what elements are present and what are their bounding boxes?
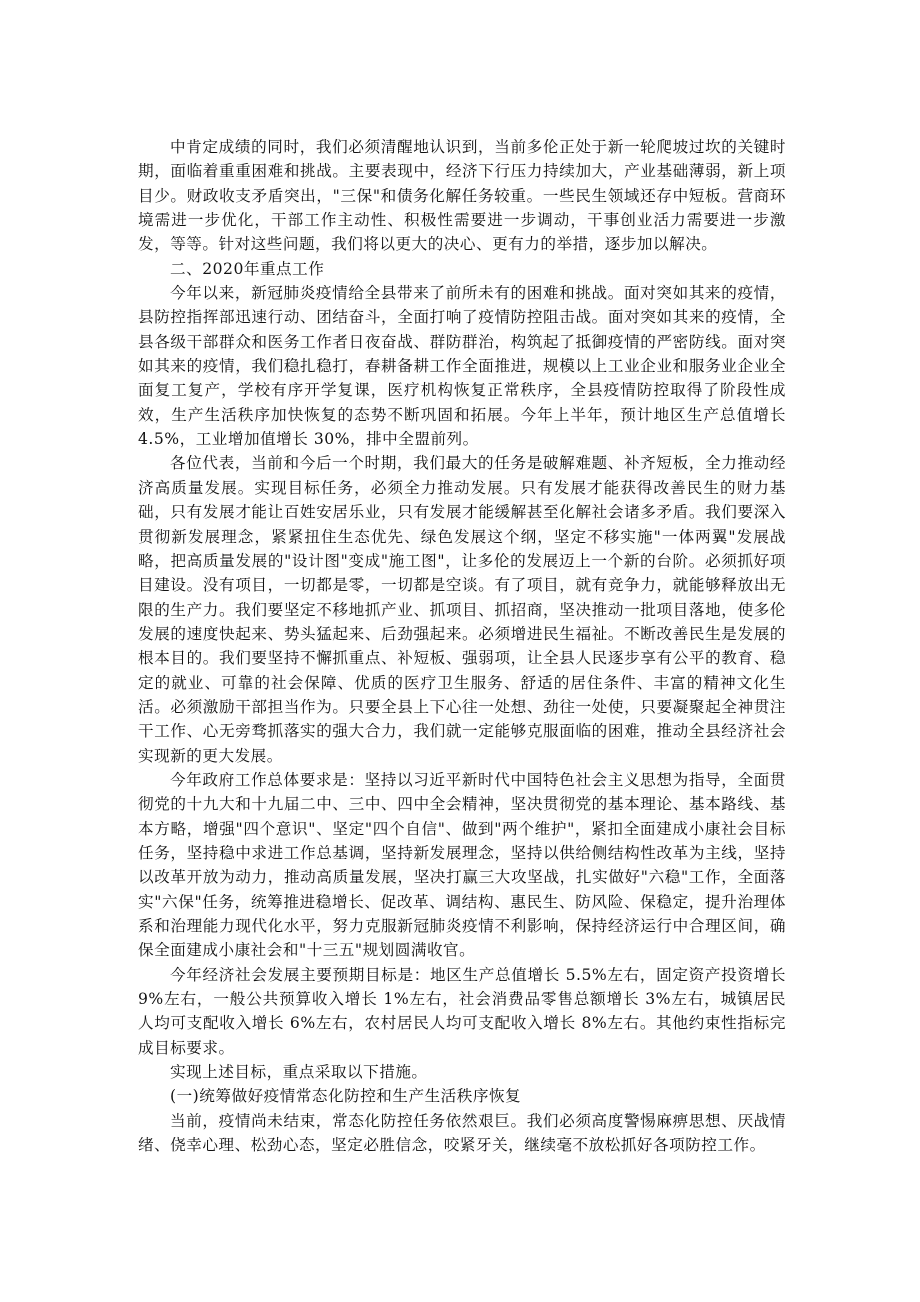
paragraph-development-tasks: 各位代表，当前和今后一个时期，我们最大的任务是破解难题、补齐短板，全力推动经济高… bbox=[138, 451, 786, 767]
paragraph-overall-requirements: 今年政府工作总体要求是：坚持以习近平新时代中国特色社会主义思想为指导，全面贯彻党… bbox=[138, 768, 786, 963]
subsection-heading-epidemic-control: (一)统筹做好疫情常态化防控和生产生活秩序恢复 bbox=[138, 1084, 786, 1108]
paragraph-challenges: 中肯定成绩的同时，我们必须清醒地认识到，当前多伦正处于新一轮爬坡过坎的关键时期，… bbox=[138, 135, 786, 257]
paragraph-expected-targets: 今年经济社会发展主要预期目标是：地区生产总值增长 5.5%左右，固定资产投资增长… bbox=[138, 963, 786, 1060]
paragraph-measures-intro: 实现上述目标，重点采取以下措施。 bbox=[138, 1060, 786, 1084]
document-page: 中肯定成绩的同时，我们必须清醒地认识到，当前多伦正处于新一轮爬坡过坎的关键时期，… bbox=[138, 135, 786, 1157]
paragraph-epidemic-normalization: 当前，疫情尚未结束，常态化防控任务依然艰巨。我们必须高度警惕麻痹思想、厌战情绪、… bbox=[138, 1109, 786, 1158]
paragraph-epidemic-response: 今年以来，新冠肺炎疫情给全县带来了前所未有的困难和挑战。面对突如其来的疫情，县防… bbox=[138, 281, 786, 451]
section-heading-2020-key-work: 二、2020年重点工作 bbox=[138, 257, 786, 281]
